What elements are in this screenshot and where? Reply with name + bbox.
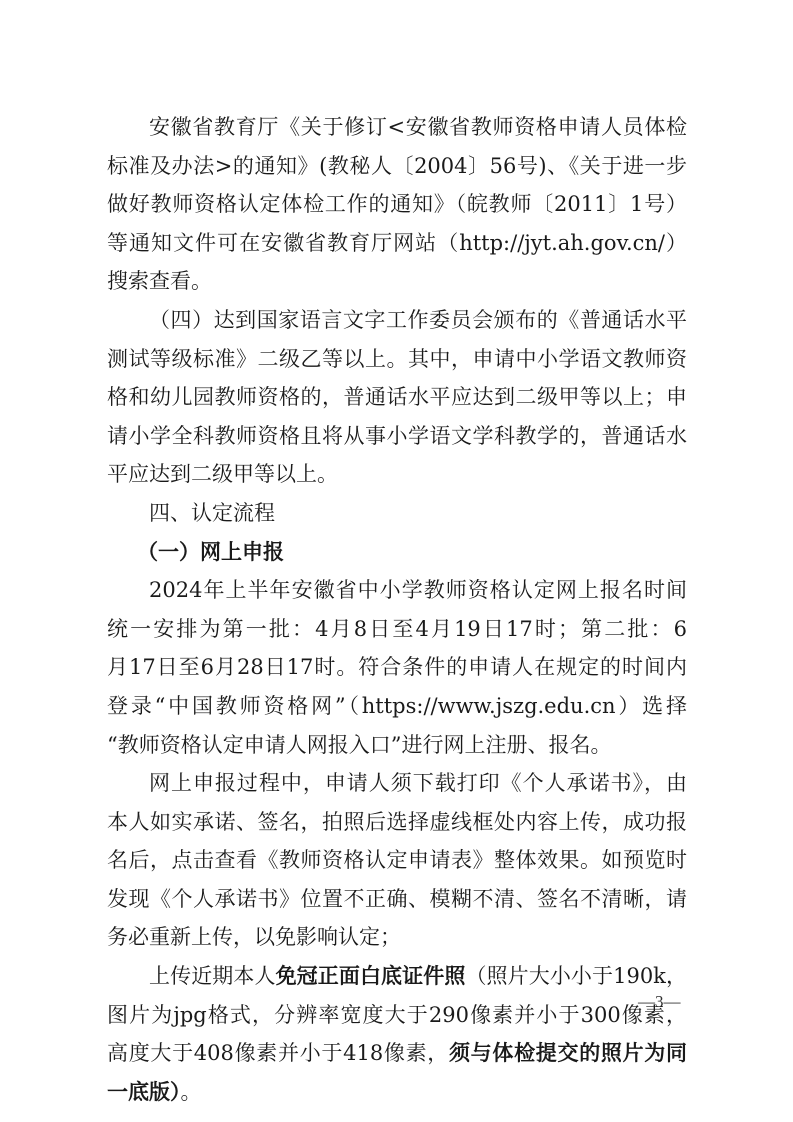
document-body: 安徽省教育厅《关于修订<安徽省教师资格申请人员体检标准及办法>的通知》(教秘人〔… <box>107 108 687 1111</box>
text-line: （一）网上申报 <box>107 533 687 572</box>
text-line: 四、认定流程 <box>107 494 687 533</box>
bold-emphasis: 须与体检提交的照片为同 <box>449 1041 687 1065</box>
text-line: 搜索查看。 <box>107 262 687 301</box>
text-line: （四）达到国家语言文字工作委员会颁布的《普通话水平 <box>107 301 687 340</box>
text-line: 安徽省教育厅《关于修订<安徽省教师资格申请人员体检 <box>107 108 687 147</box>
text-lines: 安徽省教育厅《关于修订<安徽省教师资格申请人员体检标准及办法>的通知》(教秘人〔… <box>107 108 687 957</box>
text: 高度大于408像素并小于418像素， <box>107 1041 449 1065</box>
text-line: 发现《个人承诺书》位置不正确、模糊不清、签名不清晰，请 <box>107 880 687 919</box>
bold-emphasis: 免冠正面白底证件照 <box>276 964 466 988</box>
text-line: 标准及办法>的通知》(教秘人〔2004〕56号)、《关于进一步 <box>107 147 687 186</box>
text-line: 等通知文件可在安徽省教育厅网站（http://jyt.ah.gov.cn/） <box>107 224 687 263</box>
text-line: 测试等级标准》二级乙等以上。其中，申请中小学语文教师资 <box>107 340 687 379</box>
text: 。 <box>181 1080 202 1104</box>
photo-requirement-line-2: 图片为jpg格式，分辨率宽度大于290像素并小于300像素， <box>107 996 687 1035</box>
text-line: 名后，点击查看《教师资格认定申请表》整体效果。如预览时 <box>107 841 687 880</box>
text-line: 本人如实承诺、签名，拍照后选择虚线框处内容上传，成功报 <box>107 803 687 842</box>
photo-requirement-line-1: 上传近期本人免冠正面白底证件照（照片大小小于190k， <box>107 957 687 996</box>
document-page: 安徽省教育厅《关于修订<安徽省教师资格申请人员体检标准及办法>的通知》(教秘人〔… <box>0 0 793 1122</box>
text-line: 务必重新上传，以免影响认定； <box>107 918 687 957</box>
photo-requirement-line-4: 一底版）。 <box>107 1073 687 1112</box>
text-line: 格和幼儿园教师资格的，普通话水平应达到二级甲等以上；申 <box>107 378 687 417</box>
text-line: 2024年上半年安徽省中小学教师资格认定网上报名时间 <box>107 571 687 610</box>
text-line: 月17日至6月28日17时。符合条件的申请人在规定的时间内 <box>107 648 687 687</box>
photo-requirement-line-3: 高度大于408像素并小于418像素，须与体检提交的照片为同 <box>107 1034 687 1073</box>
text-line: 网上申报过程中，申请人须下载打印《个人承诺书》，由 <box>107 764 687 803</box>
text: 上传近期本人 <box>149 964 276 988</box>
text-line: 平应达到二级甲等以上。 <box>107 455 687 494</box>
page-number: —3— <box>638 992 681 1012</box>
text: （照片大小小于190k， <box>465 964 687 988</box>
text-line: 请小学全科教师资格且将从事小学语文学科教学的，普通话水 <box>107 417 687 456</box>
text-line: 登录“中国教师资格网”（https://www.jszg.edu.cn）选择 <box>107 687 687 726</box>
text-line: 做好教师资格认定体检工作的通知》（皖教师〔2011〕1号） <box>107 185 687 224</box>
text-line: 统一安排为第一批：4月8日至4月19日17时；第二批：6 <box>107 610 687 649</box>
bold-emphasis: 一底版） <box>107 1080 181 1104</box>
text-line: “教师资格认定申请人网报入口”进行网上注册、报名。 <box>107 726 687 765</box>
